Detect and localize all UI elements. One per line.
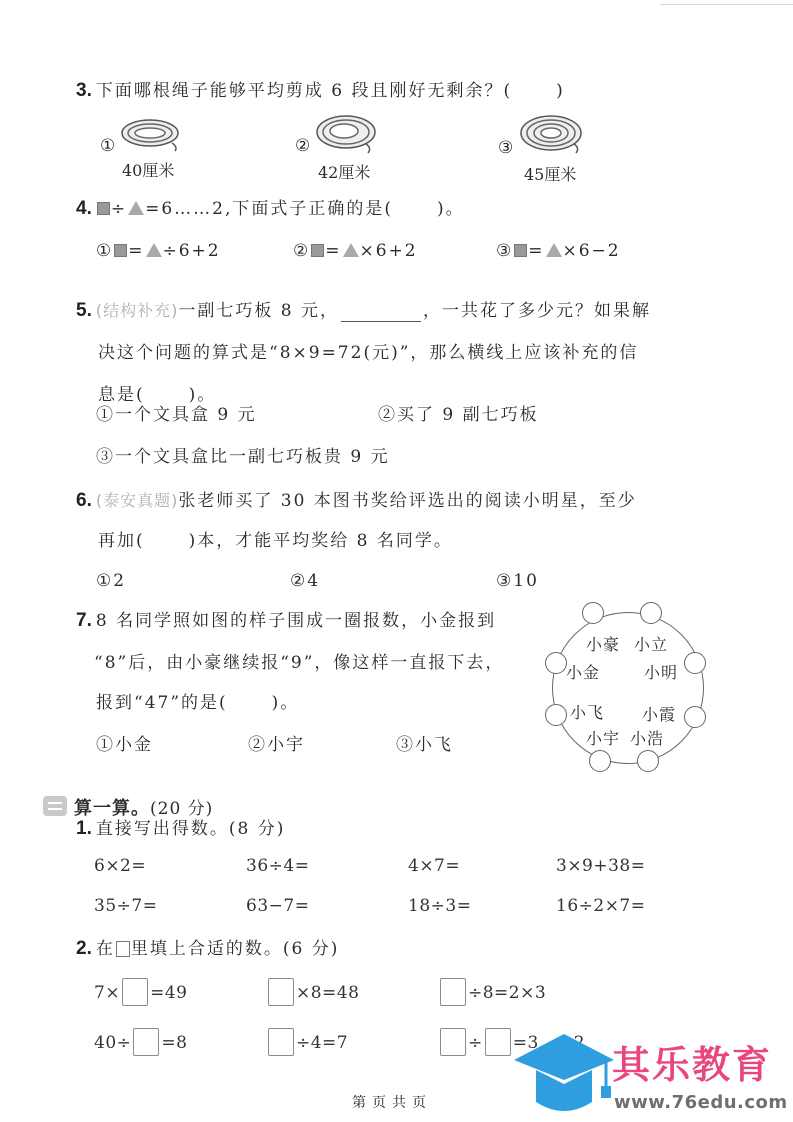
section-number-icon — [43, 796, 67, 816]
calc-item: 18÷3= — [408, 896, 471, 916]
question-number: 2. — [76, 938, 92, 959]
question-text: =6……2,下面式子正确的是( — [145, 199, 393, 219]
section-2-heading: 算一算。(20 分) — [74, 794, 213, 820]
option-5-1[interactable]: ①一个文具盒 9 元 — [96, 404, 257, 426]
seat-circle — [589, 750, 611, 772]
option-6-2[interactable]: ②4 — [290, 570, 320, 592]
question-number: 3. — [76, 80, 92, 101]
seat-circle — [684, 652, 706, 674]
option-6-3[interactable]: ③10 — [496, 570, 539, 592]
triangle-shape-icon — [343, 243, 359, 257]
rope-coil-icon — [314, 112, 378, 158]
brand-name: 其乐教育 — [612, 1034, 772, 1089]
option-mark: ② — [295, 136, 310, 156]
question-number: 6. — [76, 490, 92, 511]
seat-circle — [640, 602, 662, 624]
option-4-2[interactable]: ②=×6+2 — [293, 240, 418, 262]
question-6-line-2: 再加()本，才能平均奖给 8 名同学。 — [98, 530, 453, 552]
square-shape-icon — [311, 244, 324, 257]
square-shape-icon — [114, 244, 127, 257]
answer-box[interactable] — [133, 1028, 159, 1056]
fill-item: ÷4=7 — [266, 1028, 348, 1056]
answer-box[interactable] — [440, 1028, 466, 1056]
question-text: 下面哪根绳子能够平均剪成 6 段且刚好无剩余？( — [96, 81, 512, 101]
part-2-heading: 2.在里填上合适的数。(6 分) — [76, 938, 339, 960]
seat-circle — [545, 704, 567, 726]
rope-length-label: 45厘米 — [524, 162, 576, 185]
option-mark: ① — [100, 136, 115, 156]
question-5: 5.(结构补充)一副七巧板 8 元，，一共花了多少元？如果解 — [76, 300, 651, 322]
question-6: 6.(泰安真题)张老师买了 30 本图书奖给评选出的阅读小明星，至少 — [76, 490, 637, 512]
rope-coil-icon — [120, 116, 182, 156]
graduation-cap-icon — [512, 1030, 616, 1116]
calc-item: 36÷4= — [246, 856, 309, 876]
option-7-3[interactable]: ③小飞 — [396, 734, 453, 756]
calc-item: 3×9+38= — [556, 856, 646, 876]
question-7: 7.8 名同学照如图的样子围成一圈报数，小金报到 — [76, 610, 496, 632]
question-number: 4. — [76, 198, 92, 219]
question-5-line-3: 息是()。 — [98, 384, 216, 406]
section-title: 算一算。 — [74, 798, 150, 819]
top-border-line — [660, 4, 793, 5]
triangle-shape-icon — [146, 243, 162, 257]
fill-item: ÷8=2×3 — [438, 978, 546, 1006]
answer-box[interactable] — [122, 978, 148, 1006]
rope-length-label: 40厘米 — [122, 158, 174, 181]
square-shape-icon — [97, 202, 110, 215]
rope-coil-icon — [518, 112, 584, 160]
seat-circle — [582, 602, 604, 624]
question-tag: (结构补充) — [96, 301, 179, 320]
answer-box[interactable] — [440, 978, 466, 1006]
question-4: 4.÷=6……2,下面式子正确的是()。 — [76, 198, 465, 220]
page-footer: 第页共页 — [352, 1092, 432, 1112]
seat-circle — [637, 750, 659, 772]
student-name: 小金 — [566, 660, 600, 683]
answer-box[interactable] — [268, 1028, 294, 1056]
calc-item: 6×2= — [94, 856, 146, 876]
calc-item: 16÷2×7= — [556, 896, 646, 916]
option-4-3[interactable]: ③=×6−2 — [496, 240, 621, 262]
student-name: 小飞 — [570, 700, 604, 723]
section-score: (20 分) — [150, 799, 213, 819]
calc-item: 35÷7= — [94, 896, 157, 916]
option-6-1[interactable]: ①2 — [96, 570, 126, 592]
question-number: 7. — [76, 610, 92, 631]
question-3: 3.下面哪根绳子能够平均剪成 6 段且刚好无剩余？() — [76, 80, 565, 102]
student-name: 小霞 — [642, 702, 676, 725]
student-name: 小豪 — [586, 632, 620, 655]
option-mark: ③ — [498, 138, 513, 158]
brand-url: www.76edu.com — [614, 1092, 788, 1113]
question-tag: (泰安真题) — [96, 491, 179, 510]
question-number: 1. — [76, 818, 92, 839]
seat-circle — [545, 652, 567, 674]
option-7-1[interactable]: ①小金 — [96, 734, 153, 756]
option-5-3[interactable]: ③一个文具盒比一副七巧板贵 9 元 — [96, 446, 390, 468]
question-7-line-2: “8”后，由小豪继续报“9”，像这样一直报下去， — [94, 652, 504, 674]
fill-item: ×8=48 — [266, 978, 359, 1006]
circle-outline — [552, 612, 704, 764]
option-4-1[interactable]: ①=÷6+2 — [96, 240, 221, 262]
student-name: 小明 — [644, 660, 678, 683]
part-1-heading: 1.直接写出得数。(8 分) — [76, 818, 285, 840]
seat-circle — [684, 706, 706, 728]
option-5-2[interactable]: ②买了 9 副七巧板 — [378, 404, 539, 426]
fill-item: 40÷=8 — [94, 1028, 187, 1056]
student-name: 小宇 — [586, 726, 620, 749]
box-symbol-icon — [116, 941, 130, 957]
answer-box[interactable] — [485, 1028, 511, 1056]
rope-length-label: 42厘米 — [318, 160, 370, 183]
calc-item: 63−7= — [246, 896, 309, 916]
triangle-shape-icon — [546, 243, 562, 257]
square-shape-icon — [514, 244, 527, 257]
answer-box[interactable] — [268, 978, 294, 1006]
triangle-shape-icon — [128, 201, 144, 215]
student-name: 小立 — [634, 632, 668, 655]
question-7-line-3: 报到“47”的是()。 — [96, 692, 299, 714]
option-7-2[interactable]: ②小宇 — [248, 734, 305, 756]
fill-item: 7×=49 — [94, 978, 187, 1006]
question-5-line-2: 决这个问题的算式是“8×9=72(元)”，那么横线上应该补充的信 — [98, 342, 638, 364]
question-number: 5. — [76, 300, 92, 321]
student-name: 小浩 — [630, 726, 664, 749]
fill-in-line[interactable] — [341, 304, 421, 322]
calc-item: 4×7= — [408, 856, 460, 876]
